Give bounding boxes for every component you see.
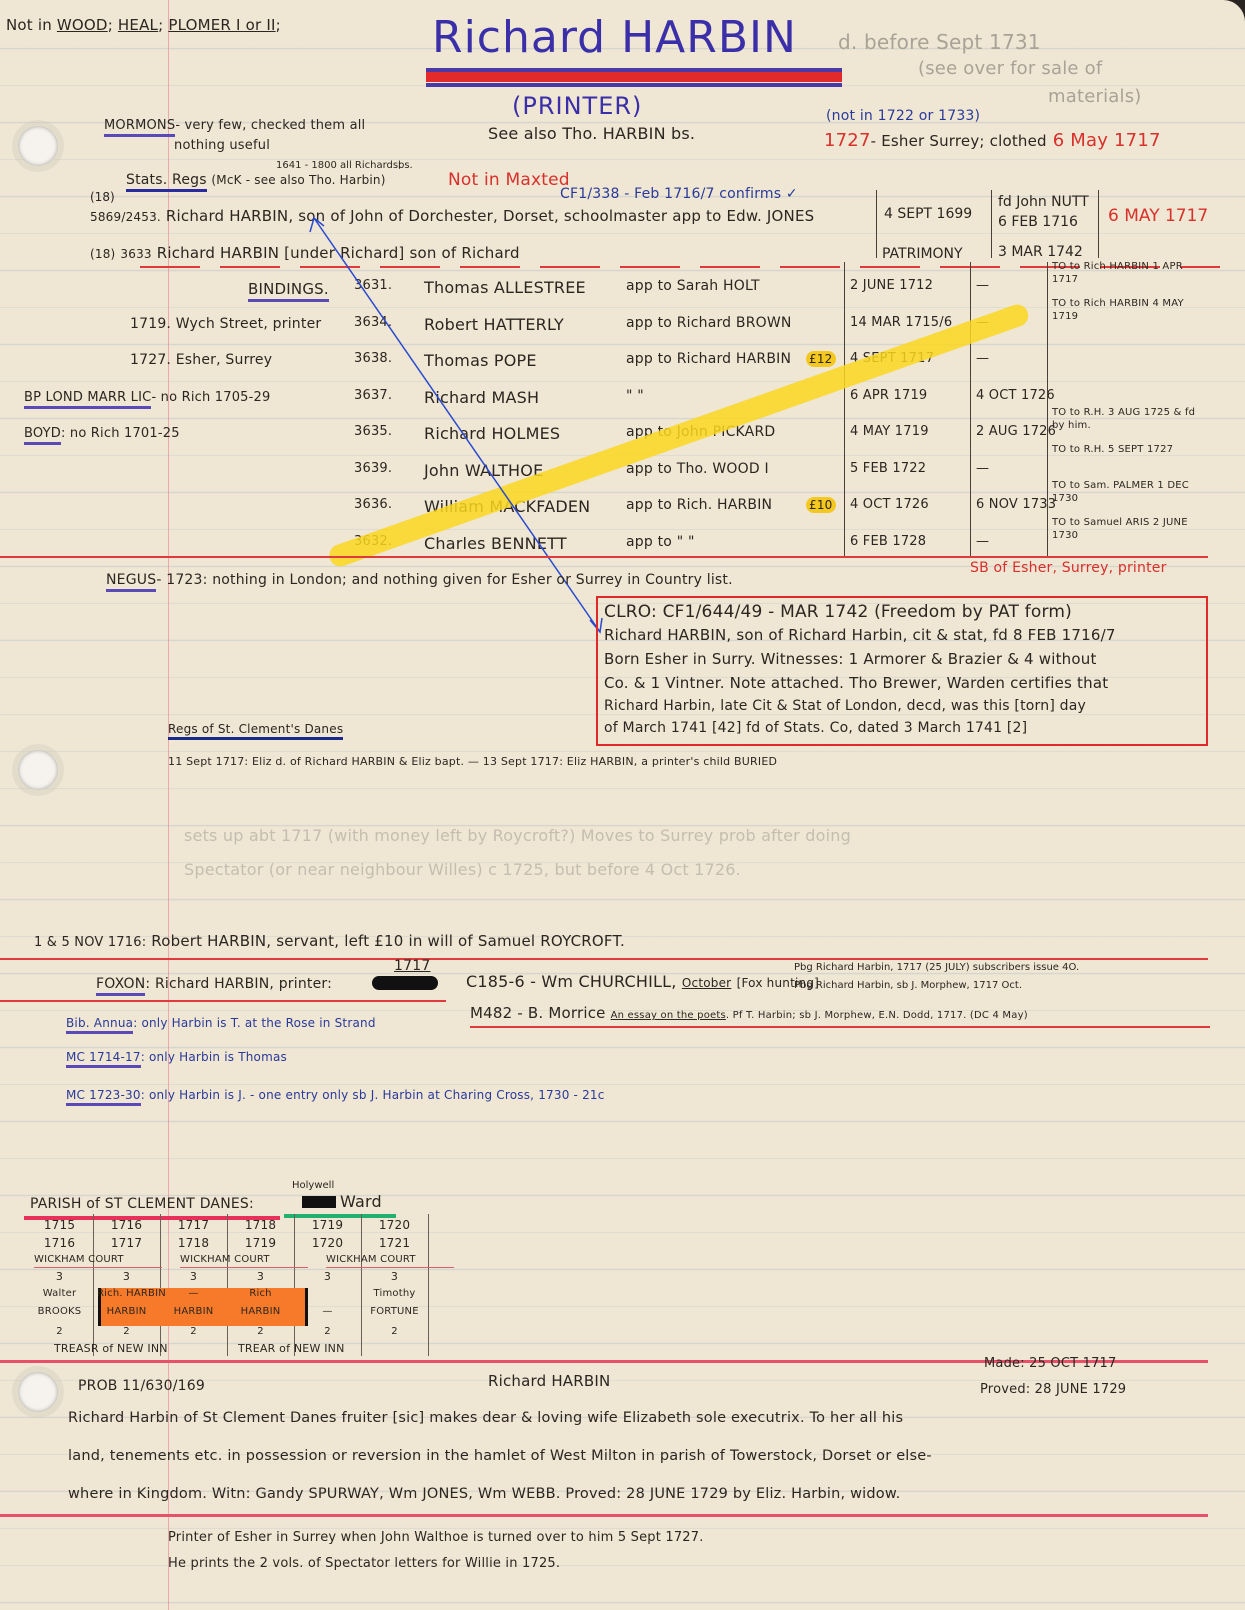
roycroft-note: 1 & 5 NOV 1716: Robert HARBIN, servant, … xyxy=(34,932,625,950)
pencil-faint-line1: sets up abt 1717 (with money left by Roy… xyxy=(184,826,851,845)
street-label: WICKHAM COURT xyxy=(180,1254,270,1265)
blacked-out-mark xyxy=(372,976,438,990)
street-label: WICKHAM COURT xyxy=(34,1254,124,1265)
footer-note-1: Printer of Esher in Surrey when John Wal… xyxy=(168,1530,704,1545)
street-label: WICKHAM COURT xyxy=(326,1254,416,1265)
punch-hole xyxy=(18,750,58,790)
punch-hole xyxy=(18,1372,58,1412)
parish-title: PARISH of ST CLEMENT DANES: xyxy=(30,1196,254,1212)
mc-1714-note: MC 1714-17: only Harbin is Thomas xyxy=(66,1050,287,1064)
red-annotation: SB of Esher, Surrey, printer xyxy=(970,560,1167,576)
st-clements-entry: 11 Sept 1717: Eliz d. of Richard HARBIN … xyxy=(168,755,777,768)
will-name: Richard HARBIN xyxy=(488,1372,610,1390)
will-made: Made: 25 OCT 1717 xyxy=(984,1356,1117,1371)
will-proved: Proved: 28 JUNE 1729 xyxy=(980,1382,1126,1397)
negus-note: NEGUS- 1723: nothing in London; and noth… xyxy=(106,572,733,588)
blacked-out-mark xyxy=(302,1196,336,1208)
index-card-page: Not in WOOD; HEAL; PLOMER I or II; Richa… xyxy=(0,0,1245,1610)
will-ref: PROB 11/630/169 xyxy=(78,1378,205,1394)
foxon-entry-1: C185-6 - Wm CHURCHILL, October [Fox hunt… xyxy=(466,972,819,991)
mc-1723-note: MC 1723-30: only Harbin is J. - one entr… xyxy=(66,1088,605,1102)
section-divider xyxy=(0,556,1208,558)
bib-annua-note: Bib. Annua: only Harbin is T. at the Ros… xyxy=(66,1016,376,1030)
footer-note-2: He prints the 2 vols. of Spectator lette… xyxy=(168,1556,560,1571)
foxon-entry-2: M482 - B. Morrice An essay on the poets.… xyxy=(470,1004,1028,1022)
st-clements-label: Regs of St. Clement's Danes xyxy=(168,722,343,736)
section-divider xyxy=(0,1514,1208,1517)
section-divider xyxy=(0,958,1208,960)
pencil-faint-line2: Spectator (or near neighbour Willes) c 1… xyxy=(184,860,741,879)
blue-arrow xyxy=(0,0,1245,700)
foxon-note: FOXON: Richard HARBIN, printer: xyxy=(96,976,332,992)
